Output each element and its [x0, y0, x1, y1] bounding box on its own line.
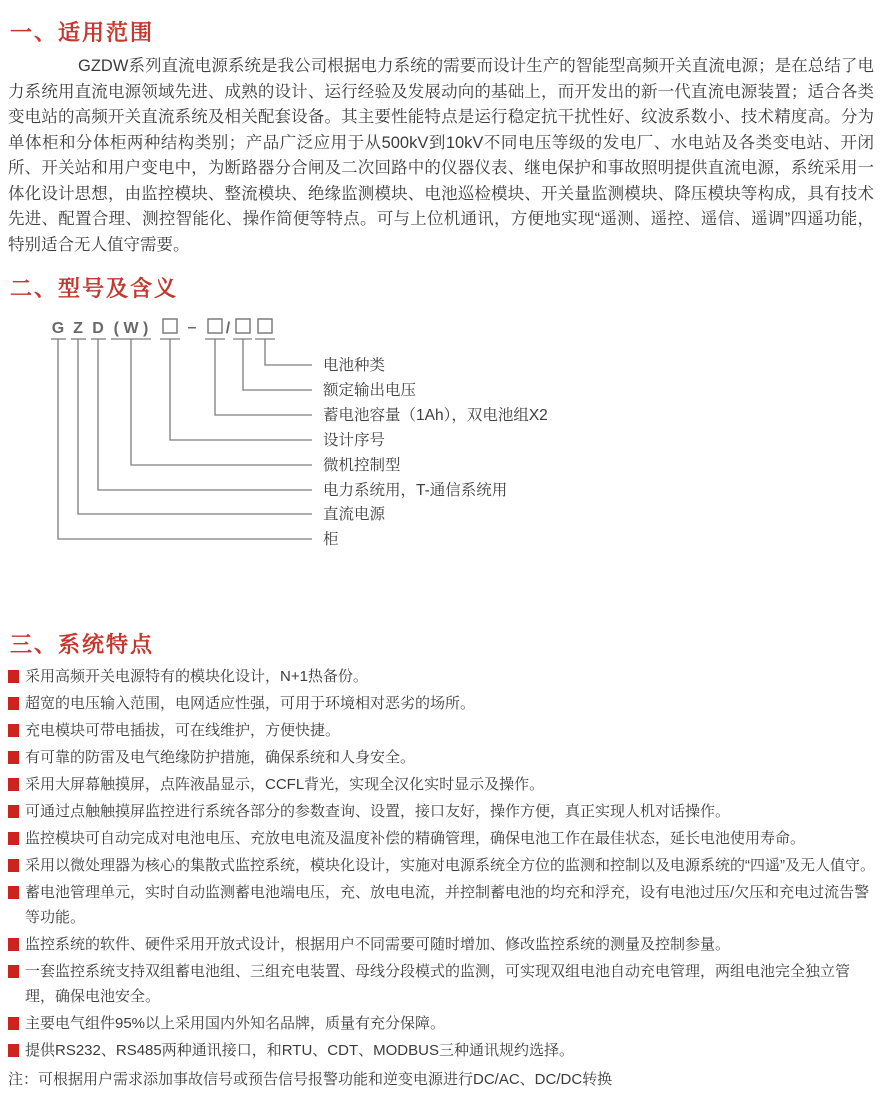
- model-box-voltage: [236, 319, 250, 333]
- connector-capacity: [215, 339, 312, 415]
- label-rated-output-voltage: 额定输出电压: [323, 381, 416, 399]
- feature-text: 主要电气组件95%以上采用国内外知名品牌，质量有充分保障。: [25, 1015, 445, 1032]
- feature-item: 采用以微处理器为核心的集散式监控系统，模块化设计，实施对电源系统全方位的监测和控…: [8, 853, 876, 878]
- model-box-design-serial: [163, 319, 177, 333]
- bullet-square-icon: [8, 859, 19, 872]
- feature-item: 采用高频开关电源特有的模块化设计，N+1热备份。: [8, 664, 876, 689]
- feature-text: 监控系统的软件、硬件采用开放式设计，根据用户不同需要可随时增加、修改监控系统的测…: [25, 936, 730, 953]
- feature-item: 充电模块可带电插拔，可在线维护，方便快捷。: [8, 718, 876, 743]
- feature-item: 采用大屏幕触摸屏，点阵液晶显示，CCFL背光，实现全汉化实时显示及操作。: [8, 772, 876, 797]
- model-box-capacity: [208, 319, 222, 333]
- feature-text: 提供RS232、RS485两种通讯接口，和RTU、CDT、MODBUS三种通讯规…: [25, 1042, 574, 1059]
- connector-battery-type: [265, 339, 312, 365]
- label-battery-type: 电池种类: [323, 356, 385, 374]
- model-box-battery-type: [258, 319, 272, 333]
- label-design-serial: 设计序号: [323, 431, 385, 449]
- label-battery-capacity: 蓄电池容量（1Ah），双电池组X2: [323, 406, 548, 424]
- feature-item: 监控模块可自动完成对电池电压、充放电电流及温度补偿的精确管理，确保电池工作在最佳…: [8, 826, 876, 851]
- bullet-square-icon: [8, 1017, 19, 1030]
- model-section-heading: 二、型号及含义: [10, 272, 178, 303]
- model-char-d: D: [92, 320, 104, 337]
- model-char-z: Z: [73, 320, 83, 337]
- label-mcu-type: 微机控制型: [323, 456, 401, 474]
- feature-text: 充电模块可带电插拔，可在线维护，方便快捷。: [25, 722, 340, 739]
- feature-text: 有可靠的防雷及电气绝缘防护措施，确保系统和人身安全。: [25, 749, 415, 766]
- feature-list: 采用高频开关电源特有的模块化设计，N+1热备份。 超宽的电压输入范围，电网适应性…: [8, 664, 876, 1093]
- feature-item: 可通过点触触摸屏监控进行系统各部分的参数查询、设置，接口友好，操作方便，真正实现…: [8, 799, 876, 824]
- feature-item: 蓄电池管理单元，实时自动监测蓄电池端电压，充、放电电流，并控制蓄电池的均充和浮充…: [8, 880, 876, 930]
- scope-paragraph: GZDW系列直流电源系统是我公司根据电力系统的需要而设计生产的智能型高频开关直流…: [8, 54, 874, 258]
- feature-item: 有可靠的防雷及电气绝缘防护措施，确保系统和人身安全。: [8, 745, 876, 770]
- connector-mcu-type: [131, 339, 312, 465]
- feature-text: 蓄电池管理单元，实时自动监测蓄电池端电压，充、放电电流，并控制蓄电池的均充和浮充…: [25, 884, 869, 926]
- model-meaning-diagram: G Z D ( W ) – / 电池种类 额定输出电压 蓄电池容量（1Ah），双…: [45, 316, 645, 561]
- model-slash: /: [226, 320, 231, 337]
- bullet-square-icon: [8, 778, 19, 791]
- bullet-square-icon: [8, 886, 19, 899]
- note-text: 注：可根据用户需求添加事故信号或预告信号报警功能和逆变电源进行DC/AC、DC/…: [8, 1071, 612, 1088]
- feature-text: 采用高频开关电源特有的模块化设计，N+1热备份。: [25, 668, 368, 685]
- bullet-square-icon: [8, 832, 19, 845]
- model-dash: –: [188, 319, 197, 336]
- scope-section-heading: 一、适用范围: [10, 16, 154, 47]
- bullet-square-icon: [8, 724, 19, 737]
- bullet-square-icon: [8, 965, 19, 978]
- model-char-w: ( W ): [114, 320, 149, 337]
- feature-item: 提供RS232、RS485两种通讯接口，和RTU、CDT、MODBUS三种通讯规…: [8, 1038, 876, 1063]
- bullet-square-icon: [8, 805, 19, 818]
- bullet-square-icon: [8, 697, 19, 710]
- feature-item: 主要电气组件95%以上采用国内外知名品牌，质量有充分保障。: [8, 1011, 876, 1036]
- features-section-heading: 三、系统特点: [10, 628, 154, 659]
- connector-cabinet: [58, 339, 312, 539]
- feature-text: 监控模块可自动完成对电池电压、充放电电流及温度补偿的精确管理，确保电池工作在最佳…: [25, 830, 805, 847]
- label-power-or-telecom: 电力系统用，T-通信系统用: [323, 481, 507, 499]
- feature-text: 一套监控系统支持双组蓄电池组、三组充电装置、母线分段模式的监测，可实现双组电池自…: [25, 963, 850, 1005]
- feature-text: 可通过点触触摸屏监控进行系统各部分的参数查询、设置，接口友好，操作方便，真正实现…: [25, 803, 730, 820]
- model-char-g: G: [52, 320, 64, 337]
- catalog-page: { "colors": { "heading_red": "#c5382f", …: [0, 0, 880, 1093]
- feature-text: 采用以微处理器为核心的集散式监控系统，模块化设计，实施对电源系统全方位的监测和控…: [25, 857, 875, 874]
- note-line: 注：可根据用户需求添加事故信号或预告信号报警功能和逆变电源进行DC/AC、DC/…: [8, 1067, 876, 1092]
- feature-item: 监控系统的软件、硬件采用开放式设计，根据用户不同需要可随时增加、修改监控系统的测…: [8, 932, 876, 957]
- feature-text: 超宽的电压输入范围，电网适应性强，可用于环境相对恶劣的场所。: [25, 695, 475, 712]
- bullet-square-icon: [8, 938, 19, 951]
- label-cabinet: 柜: [323, 530, 339, 548]
- feature-item: 超宽的电压输入范围，电网适应性强，可用于环境相对恶劣的场所。: [8, 691, 876, 716]
- feature-item: 一套监控系统支持双组蓄电池组、三组充电装置、母线分段模式的监测，可实现双组电池自…: [8, 959, 876, 1009]
- feature-text: 采用大屏幕触摸屏，点阵液晶显示，CCFL背光，实现全汉化实时显示及操作。: [25, 776, 544, 793]
- bullet-square-icon: [8, 751, 19, 764]
- label-dc-power: 直流电源: [323, 505, 386, 523]
- bullet-square-icon: [8, 1044, 19, 1057]
- bullet-square-icon: [8, 670, 19, 683]
